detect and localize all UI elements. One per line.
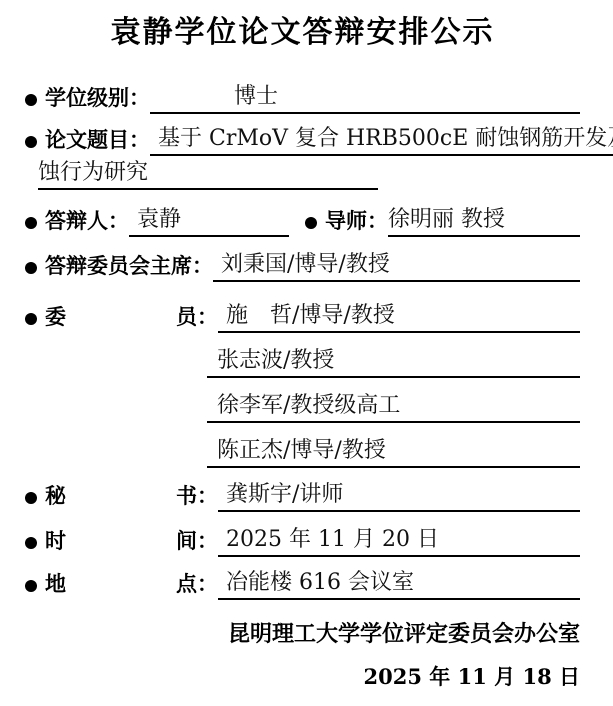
colon: ： <box>108 210 129 233</box>
supervisor-value: 徐明丽 教授 <box>388 205 580 237</box>
footer-office-signature: 昆明理工大学学位评定委员会办公室 <box>25 619 580 649</box>
field-row-thesis-title: 论文题目： 基于 CrMoV 复合 HRB500cE 耐蚀钢筋开发及腐 <box>25 124 580 156</box>
bullet-icon <box>25 136 37 148</box>
place-label-char1: 地 <box>45 570 66 600</box>
bullet-icon <box>25 313 37 325</box>
field-row-secretary: 秘书 ： 龚斯宇/讲师 <box>25 480 580 512</box>
defender-label-text: 答辩人 <box>45 210 108 233</box>
degree-label: 学位级别： <box>45 84 150 114</box>
thesis-label-text: 论文题目 <box>45 129 129 152</box>
defender-value: 袁静 <box>129 205 289 237</box>
supervisor-label-text: 导师 <box>325 210 367 233</box>
thesis-value-line2: 蚀行为研究 <box>38 158 378 190</box>
time-label-char1: 时 <box>45 527 66 557</box>
field-row-defender-supervisor: 答辩人： 袁静 导师： 徐明丽 教授 <box>25 205 580 237</box>
colon: ： <box>367 210 388 233</box>
chair-value: 刘秉国/博导/教授 <box>213 250 580 282</box>
field-row-thesis-title-wrap: 蚀行为研究 <box>25 158 580 190</box>
place-value: 冶能楼 616 会议室 <box>218 568 580 600</box>
bullet-icon <box>305 217 317 229</box>
colon: ： <box>129 87 150 110</box>
field-row-degree: 学位级别： 博士 <box>25 82 580 114</box>
degree-label-text: 学位级别 <box>45 87 129 110</box>
degree-value: 博士 <box>150 82 580 114</box>
secretary-label-char1: 秘 <box>45 482 66 512</box>
place-label-char2: 点 <box>176 570 197 600</box>
colon: ： <box>197 527 218 557</box>
bullet-icon <box>25 262 37 274</box>
secretary-value: 龚斯宇/讲师 <box>218 480 580 512</box>
place-label: 地点 <box>45 570 197 600</box>
defense-announcement-document: 袁静学位论文答辩安排公示 学位级别： 博士 论文题目： 基于 CrMoV 复合 … <box>0 0 613 706</box>
member-value-4: 陈正杰/博导/教授 <box>207 436 580 468</box>
document-content: 袁静学位论文答辩安排公示 学位级别： 博士 论文题目： 基于 CrMoV 复合 … <box>0 12 613 692</box>
members-label: 委员 <box>45 303 197 333</box>
members-label-char1: 委 <box>45 303 66 333</box>
colon: ： <box>197 303 218 333</box>
field-row-member-3: 徐李军/教授级高工 <box>25 391 580 423</box>
thesis-label: 论文题目： <box>45 126 150 156</box>
bullet-icon <box>25 580 37 592</box>
colon: ： <box>192 255 213 278</box>
field-row-time: 时间 ： 2025 年 11 月 20 日 <box>25 525 580 557</box>
member-value-3: 徐李军/教授级高工 <box>207 391 580 423</box>
field-row-member-1: 委员 ： 施 哲/博导/教授 <box>25 301 580 333</box>
page-title: 袁静学位论文答辩安排公示 <box>25 12 580 54</box>
members-label-char2: 员 <box>176 303 197 333</box>
chair-label-text: 答辩委员会主席 <box>45 255 192 278</box>
bullet-icon <box>25 217 37 229</box>
secretary-label-char2: 书 <box>176 482 197 512</box>
field-row-place: 地点 ： 冶能楼 616 会议室 <box>25 568 580 600</box>
member-value-1: 施 哲/博导/教授 <box>218 301 580 333</box>
colon: ： <box>197 570 218 600</box>
time-label-char2: 间 <box>176 527 197 557</box>
bullet-icon <box>25 537 37 549</box>
secretary-label: 秘书 <box>45 482 197 512</box>
footer-date: 2025 年 11 月 18 日 <box>25 662 580 692</box>
colon: ： <box>197 482 218 512</box>
field-row-member-2: 张志波/教授 <box>25 346 580 378</box>
member-value-2: 张志波/教授 <box>207 346 580 378</box>
field-row-member-4: 陈正杰/博导/教授 <box>25 436 580 468</box>
bullet-icon <box>25 94 37 106</box>
time-value: 2025 年 11 月 20 日 <box>218 525 580 557</box>
field-row-committee-chair: 答辩委员会主席： 刘秉国/博导/教授 <box>25 250 580 282</box>
thesis-value-line1: 基于 CrMoV 复合 HRB500cE 耐蚀钢筋开发及腐 <box>150 124 613 156</box>
bullet-icon <box>25 492 37 504</box>
supervisor-label: 导师： <box>325 207 388 237</box>
time-label: 时间 <box>45 527 197 557</box>
chair-label: 答辩委员会主席： <box>45 252 213 282</box>
defender-label: 答辩人： <box>45 207 129 237</box>
colon: ： <box>129 129 150 152</box>
